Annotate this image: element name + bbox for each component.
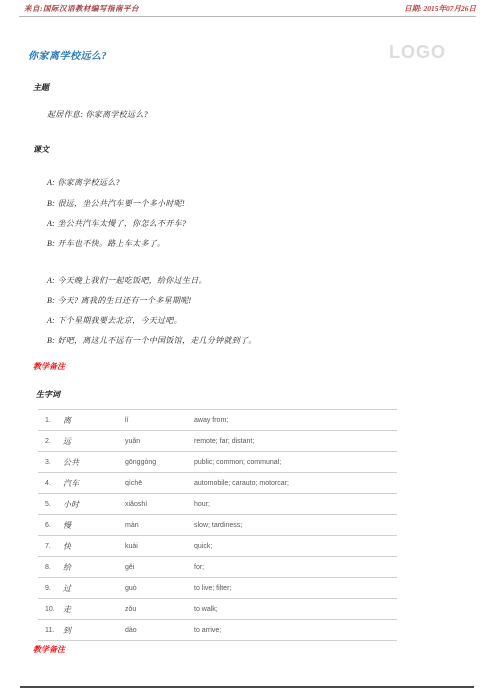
dialogue-line: A: 下个星期我要去北京，今天过吧。 xyxy=(47,315,182,326)
pinyin-cell: dào xyxy=(125,627,194,634)
hanzi-cell: 慢 xyxy=(63,520,125,531)
hanzi-cell: 快 xyxy=(63,541,125,552)
footer-divider xyxy=(20,686,474,688)
meaning-cell: to live; filter; xyxy=(194,585,397,592)
pinyin-cell: gōnggòng xyxy=(125,459,194,466)
meaning-cell: hour; xyxy=(194,501,397,508)
document-page: 来自:国际汉语教材编写指南平台 日期: 2015年07月26日 你家离学校远么?… xyxy=(0,0,494,691)
meaning-cell: quick; xyxy=(194,543,397,550)
hanzi-cell: 过 xyxy=(63,583,125,594)
page-title: 你家离学校远么? xyxy=(28,47,107,62)
dialogue-line: A: 今天晚上我们一起吃饭吧，给你过生日。 xyxy=(47,275,207,286)
meaning-cell: to arrive; xyxy=(194,627,397,634)
pinyin-cell: gěi xyxy=(125,564,194,571)
row-number: 11. xyxy=(38,627,63,634)
pinyin-cell: màn xyxy=(125,522,194,529)
pinyin-cell: lí xyxy=(125,417,194,424)
table-row: 8. 给 gěi for; xyxy=(38,557,397,578)
header-divider xyxy=(19,16,476,17)
vocab-table: 1. 离 lí away from; 2. 远 yuǎn remote; far… xyxy=(38,409,397,641)
row-number: 10. xyxy=(38,606,63,613)
table-row: 11. 到 dào to arrive; xyxy=(38,620,397,641)
table-row: 5. 小时 xiǎoshí hour; xyxy=(38,494,397,515)
hanzi-cell: 走 xyxy=(63,604,125,615)
pinyin-cell: yuǎn xyxy=(125,438,194,445)
hanzi-cell: 公共 xyxy=(63,457,125,468)
table-row: 10. 走 zǒu to walk; xyxy=(38,599,397,620)
header-date-text: 日期: 2015年07月26日 xyxy=(404,3,476,14)
meaning-cell: away from; xyxy=(194,417,397,424)
table-row: 2. 远 yuǎn remote; far; distant; xyxy=(38,431,397,452)
header-source-text: 来自:国际汉语教材编写指南平台 xyxy=(24,3,139,14)
hanzi-cell: 远 xyxy=(63,436,125,447)
dialogue-line: B: 很远，坐公共汽车要一个多小时呢! xyxy=(47,198,185,209)
meaning-cell: remote; far; distant; xyxy=(194,438,397,445)
hanzi-cell: 到 xyxy=(63,625,125,636)
row-number: 7. xyxy=(38,543,63,550)
teaching-note-label: 教学备注 xyxy=(33,644,65,655)
dialogue-line: A: 你家离学校远么? xyxy=(47,177,120,188)
meaning-cell: automobile; carauto; motorcar; xyxy=(194,480,397,487)
pinyin-cell: zǒu xyxy=(125,606,194,613)
table-row: 9. 过 guò to live; filter; xyxy=(38,578,397,599)
row-number: 8. xyxy=(38,564,63,571)
dialogue-line: A: 坐公共汽车太慢了，你怎么不开车? xyxy=(47,218,186,229)
pinyin-cell: xiǎoshí xyxy=(125,501,194,508)
pinyin-cell: guò xyxy=(125,585,194,592)
meaning-cell: for; xyxy=(194,564,397,571)
table-row: 1. 离 lí away from; xyxy=(38,410,397,431)
table-row: 3. 公共 gōnggòng public; common; communal; xyxy=(38,452,397,473)
row-number: 2. xyxy=(38,438,63,445)
topic-heading: 主题 xyxy=(33,82,49,93)
table-row: 4. 汽车 qìchē automobile; carauto; motorca… xyxy=(38,473,397,494)
teaching-note-label: 教学备注 xyxy=(33,361,65,372)
row-number: 6. xyxy=(38,522,63,529)
hanzi-cell: 离 xyxy=(63,415,125,426)
meaning-cell: slow; tardiness; xyxy=(194,522,397,529)
pinyin-cell: kuài xyxy=(125,543,194,550)
row-number: 3. xyxy=(38,459,63,466)
meaning-cell: public; common; communal; xyxy=(194,459,397,466)
row-number: 9. xyxy=(38,585,63,592)
logo-placeholder: LOGO xyxy=(389,42,446,63)
row-number: 1. xyxy=(38,417,63,424)
meaning-cell: to walk; xyxy=(194,606,397,613)
table-row: 7. 快 kuài quick; xyxy=(38,536,397,557)
row-number: 5. xyxy=(38,501,63,508)
vocab-heading: 生字词 xyxy=(36,389,60,400)
dialogue-line: B: 今天? 离我的生日还有一个多星期呢! xyxy=(47,295,192,306)
pinyin-cell: qìchē xyxy=(125,480,194,487)
topic-content: 起居作息: 你家离学校远么? xyxy=(47,109,148,120)
hanzi-cell: 小时 xyxy=(63,499,125,510)
lesson-heading: 课文 xyxy=(33,144,49,155)
dialogue-line: B: 开车也不快。路上车太多了。 xyxy=(47,238,165,249)
dialogue-line: B: 好吧，离这儿不远有一个中国饭馆，走几分钟就到了。 xyxy=(47,335,257,346)
hanzi-cell: 给 xyxy=(63,562,125,573)
row-number: 4. xyxy=(38,480,63,487)
table-row: 6. 慢 màn slow; tardiness; xyxy=(38,515,397,536)
hanzi-cell: 汽车 xyxy=(63,478,125,489)
